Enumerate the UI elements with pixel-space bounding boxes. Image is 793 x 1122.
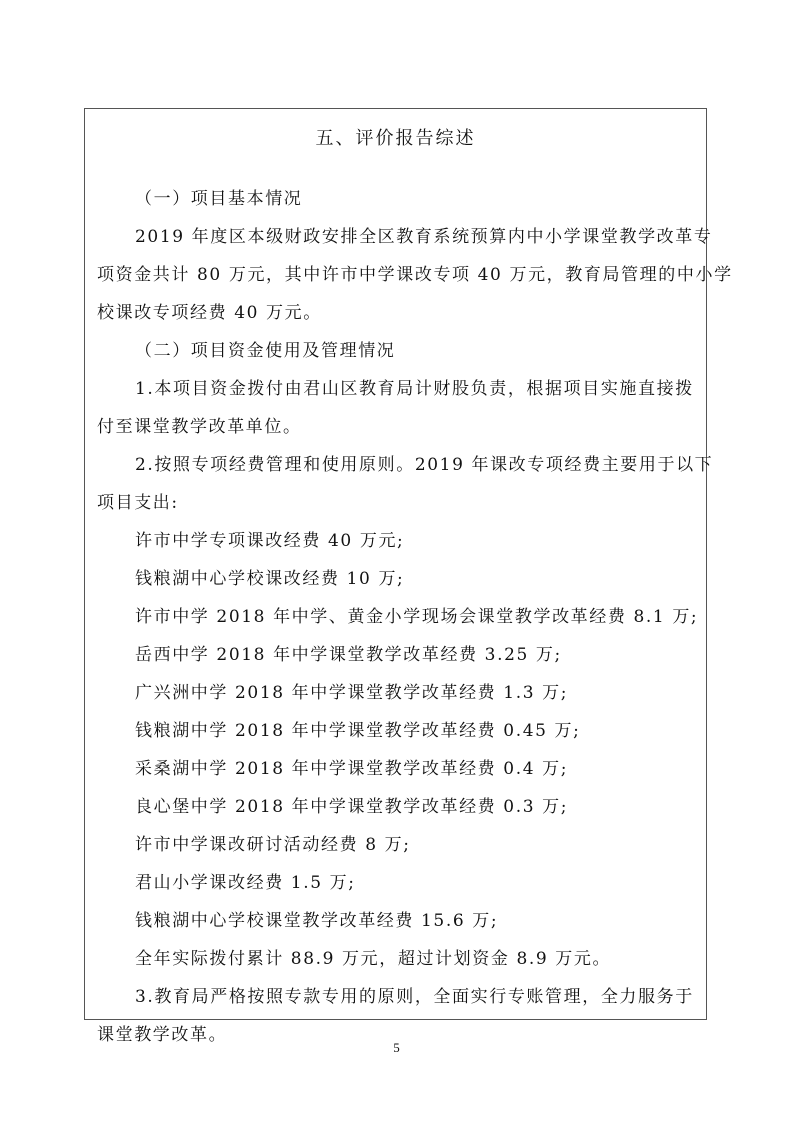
expenditure-total: 全年实际拨付累计 88.9 万元，超过计划资金 8.9 万元。 [135, 949, 611, 969]
expenditure-item: 许市中学课改研讨活动经费 8 万; [135, 835, 411, 855]
paragraph-line: 2.按照专项经费管理和使用原则。2019 年课改专项经费主要用于以下 [135, 455, 713, 475]
expenditure-item: 良心堡中学 2018 年中学课堂教学改革经费 0.3 万; [135, 797, 568, 817]
expenditure-item: 钱粮湖中学 2018 年中学课堂教学改革经费 0.45 万; [135, 721, 580, 741]
paragraph-line: 项资金共计 80 万元，其中许市中学课改专项 40 万元，教育局管理的中小学 [97, 265, 733, 285]
expenditure-item: 许市中学 2018 年中学、黄金小学现场会课堂教学改革经费 8.1 万; [135, 607, 698, 627]
expenditure-item: 许市中学专项课改经费 40 万元; [135, 531, 404, 551]
expenditure-item: 岳西中学 2018 年中学课堂教学改革经费 3.25 万; [135, 645, 562, 665]
expenditure-item: 钱粮湖中心学校课改经费 10 万; [135, 569, 404, 589]
paragraph-line: 项目支出: [97, 493, 179, 513]
subsection-heading-fund-usage: （二）项目资金使用及管理情况 [135, 341, 395, 361]
page-number: 5 [0, 1040, 793, 1056]
expenditure-item: 钱粮湖中心学校课堂教学改革经费 15.6 万; [135, 911, 498, 931]
expenditure-item: 广兴洲中学 2018 年中学课堂教学改革经费 1.3 万; [135, 683, 568, 703]
expenditure-item: 采桑湖中学 2018 年中学课堂教学改革经费 0.4 万; [135, 759, 568, 779]
paragraph-line: 2019 年度区本级财政安排全区教育系统预算内中小学课堂教学改革专 [135, 227, 712, 247]
paragraph-line: 付至课堂教学改革单位。 [97, 417, 302, 437]
paragraph-line: 1.本项目资金拨付由君山区教育局计财股负责，根据项目实施直接拨 [135, 379, 694, 399]
expenditure-item: 君山小学课改经费 1.5 万; [135, 873, 356, 893]
section-title: 五、评价报告综述 [85, 129, 706, 149]
subsection-heading-basic-info: （一）项目基本情况 [135, 189, 302, 209]
paragraph-line: 校课改专项经费 40 万元。 [97, 303, 322, 323]
paragraph-line: 3.教育局严格按照专款专用的原则，全面实行专账管理，全力服务于 [135, 987, 694, 1007]
report-frame: 五、评价报告综述 （一）项目基本情况 2019 年度区本级财政安排全区教育系统预… [84, 108, 707, 1020]
